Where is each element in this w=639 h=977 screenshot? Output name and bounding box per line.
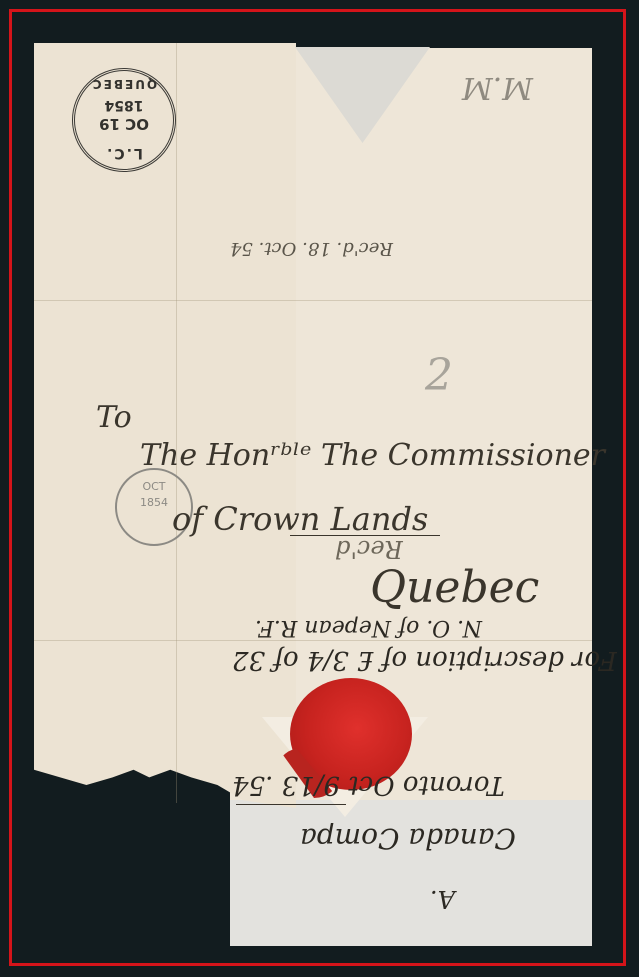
- received-docket-line: Rec'd. 18. Oct. 54: [230, 238, 393, 259]
- quebec-postmark: L.C. OC 19 1854 QUEBEC: [72, 68, 176, 172]
- postmark-date: OC 19: [75, 115, 173, 133]
- docket-line-2: For description of £ 3/4 of 32: [232, 645, 617, 675]
- docket-line-3: Toronto Oct 9/13 .54: [232, 770, 505, 800]
- pencil-numeral: 2: [425, 350, 453, 401]
- docket-underline: [236, 804, 346, 805]
- address-to: To: [96, 400, 132, 435]
- pencil-annotation: M.M: [462, 70, 533, 105]
- docket-line-5: A.: [430, 885, 455, 913]
- address-department: of Crown Lands: [172, 500, 428, 538]
- fold-line: [176, 43, 177, 803]
- fold-line: [34, 640, 592, 641]
- faint-postmark-date: OCT: [117, 480, 191, 493]
- docket-line-1: N. O. of Nepean R.F.: [255, 615, 482, 640]
- address-city: Quebec: [370, 562, 539, 613]
- address-addressee: The Honʳᵇˡᵉ The Commissioner: [140, 438, 605, 473]
- postmark-top-text: L.C.: [75, 145, 173, 161]
- postmark-year: 1854: [75, 97, 173, 113]
- postmark-city: QUEBEC: [75, 77, 173, 91]
- fold-line: [34, 300, 592, 301]
- docket-line-4: Canada Compa: [300, 822, 516, 855]
- receipt-stamp: Rec'd: [335, 535, 403, 563]
